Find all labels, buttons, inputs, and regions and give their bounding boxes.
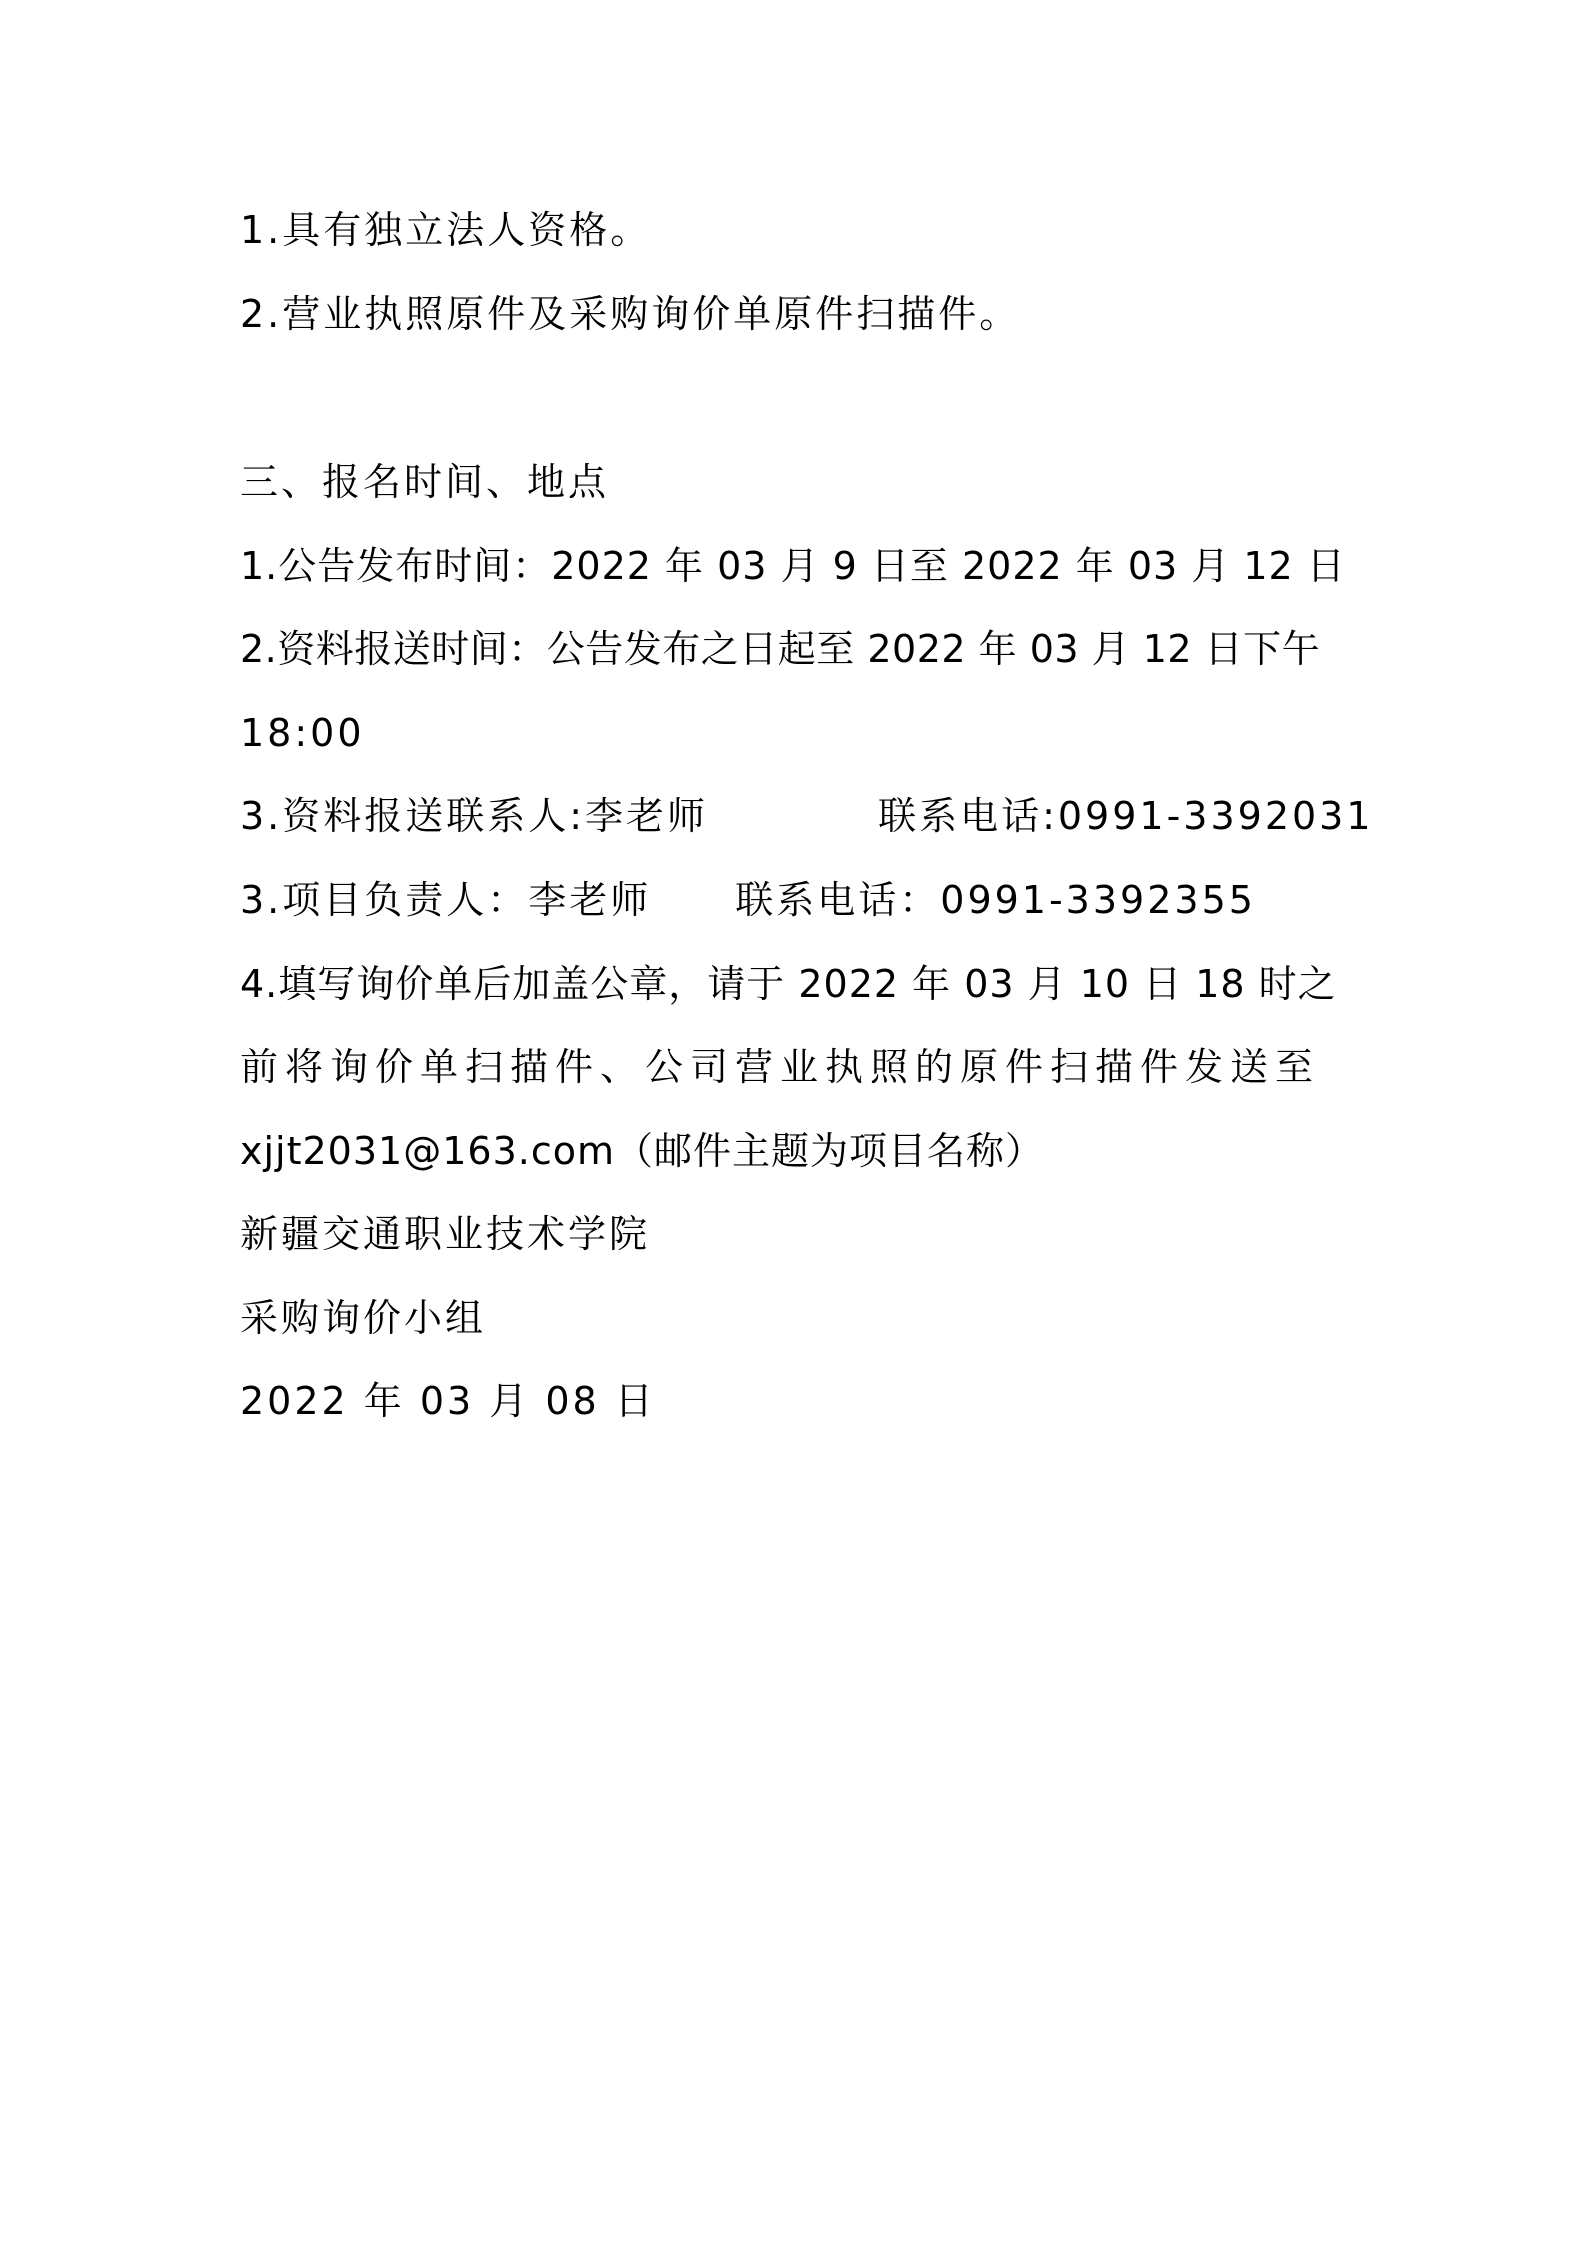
submit-contact-label: 3.资料报送联系人:李老师 [240,794,708,838]
document-page: 1.具有独立法人资格。 2.营业执照原件及采购询价单原件扫描件。 三、报名时间、… [0,0,1587,2245]
signature-date: 2022 年 03 月 08 日 [240,1377,656,1425]
signature-group: 采购询价小组 [240,1294,486,1342]
signature-organization: 新疆交通职业技术学院 [240,1210,650,1258]
qualification-item-1: 1.具有独立法人资格。 [240,206,651,254]
instruction-line-3-email: xjjt2031@163.com（邮件主题为项目名称） [240,1127,1044,1175]
qualification-item-2: 2.营业执照原件及采购询价单原件扫描件。 [240,290,1020,338]
section-heading: 三、报名时间、地点 [240,458,609,506]
instruction-line-1: 4.填写询价单后加盖公章，请于 2022 年 03 月 10 日 18 时之 [240,960,1337,1008]
project-lead-phone: 联系电话：0991-3392355 [735,878,1256,922]
project-lead-label: 3.项目负责人：李老师 [240,878,651,922]
submit-time-line-2: 18:00 [240,709,365,757]
submit-contact-phone: 联系电话:0991-3392031 [878,794,1373,838]
project-lead-row: 3.项目负责人：李老师联系电话：0991-3392355 [240,876,1256,924]
announce-time: 1.公告发布时间：2022 年 03 月 9 日至 2022 年 03 月 12… [240,542,1346,590]
instruction-line-2: 前将询价单扫描件、公司营业执照的原件扫描件发送至 [240,1043,1320,1091]
submit-contact-row: 3.资料报送联系人:李老师联系电话:0991-3392031 [240,792,1374,840]
submit-time-line-1: 2.资料报送时间：公告发布之日起至 2022 年 03 月 12 日下午 [240,625,1320,673]
